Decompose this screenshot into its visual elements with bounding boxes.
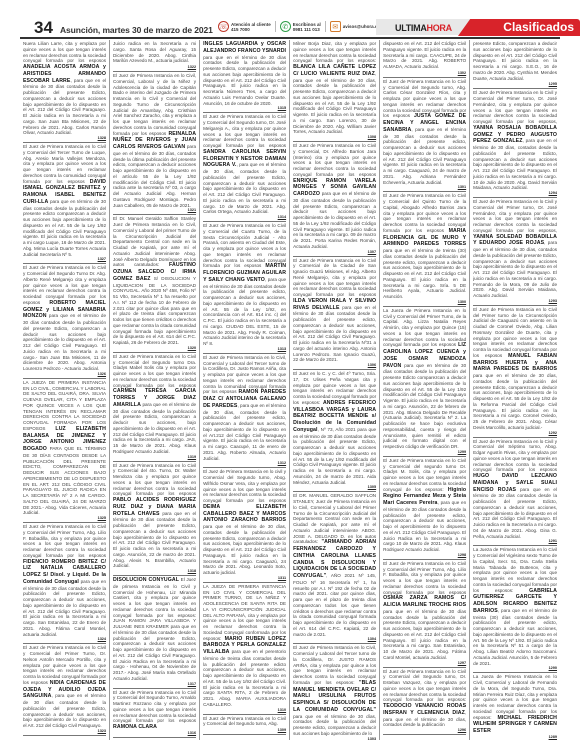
notice-text: El Juez de Primera Instancia en lo Civil… <box>113 690 196 724</box>
notice-text: para que en el término de 30 días contad… <box>113 402 196 454</box>
notice-code: 1291 <box>473 539 557 543</box>
column-6: presente Edicto, comparezcan a deducir s… <box>470 40 560 740</box>
legal-notice: El DR. MANUEL GERALDO SAFFLON STANLEY, J… <box>293 492 376 644</box>
notice-parties: BLANCA LILA CAÑETE LOPEZ C/ LUCIO VALIEN… <box>293 64 376 77</box>
notice-parties: OSMAR ZARZA RAMOS C/ ALICIA MARLINE TROC… <box>383 595 466 608</box>
notice-code: 1299 <box>383 450 466 454</box>
notice-code: 1315 <box>203 106 286 110</box>
customer-service-contact: ☏ Atención al cliente415 7000 <box>218 21 276 32</box>
legal-notice: Nuera Lilian Larre, cita y emplaza por q… <box>23 40 106 143</box>
notice-text: El Juez de Primera Instancia en lo Civil… <box>473 199 557 233</box>
notice-text: El Juez de Primera Instancia en lo Civil… <box>293 258 376 298</box>
notice-code: 1314 <box>203 215 286 219</box>
legal-notice: El Juez de Primera Instancia en lo Civil… <box>383 78 466 193</box>
notice-code: 1311 <box>203 576 286 580</box>
notice-text: El Juez de Primera Instancia en lo civil… <box>203 469 286 503</box>
notice-code: 1322 <box>113 65 196 69</box>
contact-value: 415 7000 <box>231 27 250 32</box>
notice-text: El Juez de Primera Instancia en lo Civil… <box>293 143 376 177</box>
notice-code: 1318 <box>113 569 196 573</box>
notice-code: 1326 <box>23 372 106 376</box>
legal-notice: El Juez de Primera Instancia en lo Civil… <box>383 668 466 736</box>
whatsapp-contact: ✆ Escríbinos al0981 111 013 <box>280 21 326 32</box>
notice-code: 1307 <box>293 250 376 254</box>
notice-text: para que en el término de 30 días, conta… <box>293 714 376 736</box>
notice-text: El Juez de Primera Instancia en lo Civil… <box>203 716 286 727</box>
notice-text: , para que en el término de 30 días, con… <box>473 240 557 298</box>
legal-notice: El Juez de Primera Instancia en lo Civil… <box>113 689 196 738</box>
legal-notice: El Juez de Primera Instancia en lo Civil… <box>113 462 196 577</box>
notice-text: para que en el término de 30 días contad… <box>473 487 557 539</box>
notice-code: 1303 <box>293 737 376 741</box>
legal-notice: El Juez de Primera Instancia en lo Civil… <box>203 222 286 354</box>
notice-text: El Juez de Primera Instancia en lo Civil… <box>473 439 557 473</box>
legal-notice: El Juez en lo C. y C. del 4º Turno, Sria… <box>293 370 376 492</box>
notice-text: para que en el término de 30 días contad… <box>113 511 196 569</box>
brand-logo: ULTIMAHORA <box>395 23 452 33</box>
legal-notice: El Juez de Primera Instancia en lo Civil… <box>473 198 557 306</box>
notice-code: 1313 <box>203 347 286 351</box>
contact-strip: ☏ Atención al cliente415 7000 ✆ Escríbin… <box>218 21 396 32</box>
notice-code: 1309 <box>203 728 286 732</box>
notice-code: 1296 <box>383 728 466 732</box>
notice-text: para que en el perentorio término de tre… <box>203 649 286 707</box>
legal-notice: La Jueza de Primera Instancia en lo Civi… <box>473 673 557 740</box>
notice-text: para que en el término de 30 días contad… <box>23 579 106 637</box>
notice-text: S/ DISOLUCION Y LIQUIDACION DE LA SOCIED… <box>113 276 196 345</box>
notice-text: , para que en el término de 30 días cont… <box>23 78 106 136</box>
notice-text: para que en término de 30 días contados … <box>23 199 106 257</box>
legal-notice: El Juez de Primera Instancia en lo Civil… <box>293 142 376 257</box>
legal-notice: El Juez de Primera Instancia en lo Civil… <box>203 354 286 469</box>
section-title: Clasificados <box>458 19 580 36</box>
legal-notice: Juicio radica en la Secretaría a mi carg… <box>113 40 196 72</box>
notice-text: Milner Borja Diaz, cita y emplaza por qu… <box>293 41 376 63</box>
legal-notice: Milner Borja Diaz, cita y emplaza por qu… <box>293 40 376 142</box>
notice-text: El Juez de Primera Instancia en lo Civil… <box>383 561 466 595</box>
notice-text: Nuera Lilian Larre, cita y emplaza por q… <box>23 41 106 63</box>
notice-text: El Dr. Manuel Geraldo Saffion Stanley Ju… <box>113 216 196 267</box>
notice-text: El Juez de Primera Instancia en lo Civil… <box>113 463 196 497</box>
notice-code: 1316 <box>113 731 196 735</box>
header-rule <box>20 37 560 39</box>
notice-parties: RAMONA CLARA <box>113 724 157 730</box>
legal-notice: El Juez de Primera Instancia en lo Civil… <box>383 560 466 668</box>
notice-text: para que en el término de 30 días contad… <box>293 191 376 249</box>
notice-code: 1290 <box>473 666 557 670</box>
notice-text: LA JUEZA DE PRIMERA INSTANCIA EN LO CIVI… <box>23 380 106 431</box>
notice-code: 1312 <box>203 461 286 465</box>
notice-text: , para que en el término de 30 días, con… <box>203 162 286 214</box>
notice-code: 1294 <box>473 191 557 195</box>
notice-parties: DEIMA ELIZABETH CABALLERO BAEZ Y MARCOS … <box>203 504 286 524</box>
notice-code: 1321 <box>113 208 196 212</box>
notice-parties: INGLES LAGUARDIA y OSCAR ALEJANDRO FRANC… <box>203 41 286 54</box>
notice-code: 1324 <box>23 637 106 641</box>
notice-text: PARA QUE EL TÉRMINO DE 30 DÍAS CONTADOS … <box>23 446 106 515</box>
legal-notice: El Juez de Primera Instancia en lo Civil… <box>113 353 196 462</box>
divider <box>325 21 326 32</box>
notice-text: El Juez de primera Instancia en lo Civil… <box>113 577 196 681</box>
notice-text: , para que en el término de 30 días cont… <box>383 127 466 185</box>
legal-notice: El Juez de Primera Instancia en lo Civil… <box>23 644 106 736</box>
column-1: Nuera Lilian Larre, cita y emplaza por q… <box>20 40 110 740</box>
notice-text: , para que en el término de 30 días, con… <box>293 71 376 135</box>
notice-text: para que en el término de 30 días contad… <box>23 313 106 371</box>
notice-code: 1297 <box>383 661 466 665</box>
notice-text: El Juez de Primera Instancia en lo Civil… <box>203 223 286 268</box>
notice-text: , para que en el término de 30 días, con… <box>473 138 557 190</box>
legal-notice: INGLES LAGUARDIA y OSCAR ALEJANDRO FRANC… <box>203 40 286 113</box>
legal-notice: El Juez de Primera Instancia en lo Civil… <box>293 257 376 371</box>
notice-text: , AÑO 2021 Nº 145, FOLIO Nº 16 Secretarí… <box>293 573 376 637</box>
notice-text: El Juez de Primera Instancia en lo Civil… <box>203 114 286 148</box>
legal-notice: El Juez de Primera Instancia en lo civil… <box>203 468 286 583</box>
phone-icon: ☏ <box>218 21 229 32</box>
notice-text: para que en el término de 30 días, conta… <box>113 144 196 208</box>
notice-text: La Jueza de Primera Instancia en lo Civi… <box>473 547 557 592</box>
notice-text: El Juez de Primera Instancia en lo Civil… <box>113 73 196 136</box>
legal-notice: El Juez de Primera Instancia en lo Civil… <box>23 143 106 264</box>
legal-notice: El Dr. Manuel Geraldo Saffion Stanley Ju… <box>113 215 196 353</box>
notice-text: para que en el término de 30 días contad… <box>293 305 376 363</box>
legal-notice: El Juez de Primera Instancia en lo Civil… <box>293 644 376 740</box>
whatsapp-icon: ✆ <box>280 21 291 32</box>
notice-text: , Nº 73, Año 2021 para que en el término… <box>293 427 376 485</box>
notice-text: El Juez de Primera Instancia en lo Civil… <box>113 354 196 388</box>
mail-icon: ✉ <box>330 21 341 32</box>
notice-text: , para que en el término de 30 días cont… <box>383 500 466 552</box>
notice-code: 1328 <box>23 136 106 140</box>
notice-text: para que en término de 30 días contados … <box>383 363 466 450</box>
column-5: dispuesto en el Art. 212 del Código Civi… <box>380 40 470 740</box>
notice-text: para que en el término de 30 días, conta… <box>473 373 557 430</box>
notice-code: 1310 <box>203 708 286 712</box>
legal-notice: El Juez de Primera Instancia en lo Civil… <box>23 523 106 644</box>
notice-text: El Juez de Primera Instancia en lo Civil… <box>473 90 557 124</box>
notice-code: 1306 <box>293 363 376 367</box>
legal-notice: El Juez de Primera Instancia en lo Civil… <box>113 72 196 215</box>
notice-code: 1320 <box>113 346 196 350</box>
notice-code: 1302 <box>383 71 466 75</box>
legal-notice: presente Edicto, comparezcan a deducir s… <box>473 40 557 89</box>
notice-code: 1325 <box>23 516 106 520</box>
notice-text: La Jueza de Primera Instancia en lo Civi… <box>383 308 466 348</box>
legal-notice: DISOLUCION CONYUGAL El Juez de primera I… <box>113 576 196 689</box>
notice-parties: DISOLUCION CONYUGAL <box>113 577 179 583</box>
notice-text: , para que en el término de treinta (30)… <box>473 608 557 666</box>
legal-notice: El Juez de Primera Instancia en lo Civil… <box>23 264 106 379</box>
legal-notice: LA JUEZA DE PRIMERA INSTANCIA EN LO CIVI… <box>203 583 286 715</box>
notice-text: para que en el término de 30 días contad… <box>383 609 466 660</box>
notice-code: 1305 <box>293 485 376 489</box>
legal-notice: El Juez de Primera Instancia en lo Civil… <box>203 113 286 222</box>
classifieds-columns: Nuera Lilian Larre, cita y emplaza por q… <box>20 40 560 740</box>
notice-code: 1293 <box>473 299 557 303</box>
notice-text: presente Edicto, comparezcan a deducir s… <box>473 41 557 81</box>
notice-text: El Juez de Primera Instancia en lo Civil… <box>23 524 106 558</box>
notice-code: 1323 <box>23 729 106 733</box>
notice-code: 1300 <box>383 300 466 304</box>
divider <box>275 21 276 32</box>
column-3: INGLES LAGUARDIA y OSCAR ALEJANDRO FRANC… <box>200 40 290 740</box>
notice-code: 1292 <box>473 431 557 435</box>
notice-text: El Juez de Primera Instancia en lo Civil… <box>473 307 557 358</box>
notice-text: , para que en el término de 30 días, con… <box>203 403 286 461</box>
notice-text: , para que en el término de 30 días cont… <box>203 277 286 346</box>
legal-notice: El Juez de Primera Instancia en lo Civil… <box>203 715 286 736</box>
notice-text: para que en el término de treinta (30) d… <box>383 248 466 299</box>
legal-notice: El Juez de Primera Instancia en lo Civil… <box>383 457 466 560</box>
legal-notice: La Jueza de Primera Instancia en lo Civi… <box>383 307 466 457</box>
contact-value: 0981 111 013 <box>293 27 320 32</box>
column-4: Milner Borja Diaz, cita y emplaza por qu… <box>290 40 380 740</box>
notice-code: 1295 <box>473 82 557 86</box>
notice-code: 1308 <box>293 135 376 139</box>
notice-code: 1319 <box>113 455 196 459</box>
notice-text: El Juez de Primera Instancia en lo Civil… <box>383 669 466 703</box>
notice-text: dispuesto en el Art. 212 del Código Civi… <box>383 41 466 69</box>
notice-code: 1317 <box>113 682 196 686</box>
notice-code: 1304 <box>293 637 376 641</box>
notice-text: LA JUEZA DE PRIMERA INSTANCIA EN LO CIVI… <box>203 584 286 641</box>
page-number: 34 <box>34 20 53 36</box>
notice-text: para que en el término de 30 días contad… <box>203 55 286 106</box>
publication-date: Asunción, martes 30 de marzo de 2021 <box>60 25 213 35</box>
page-header: 34 Asunción, martes 30 de marzo de 2021 … <box>0 0 580 36</box>
legal-notice: El Juez de Primera Instancia en lo Civil… <box>473 306 557 438</box>
notice-code: 1289 <box>473 735 557 739</box>
legal-notice: dispuesto en el Art. 212 del Código Civi… <box>383 40 466 78</box>
legal-notice: El Juez de Primera Instancia en lo Civil… <box>473 89 557 198</box>
legal-notice: La Jueza de Primera Instancia en lo Civi… <box>473 546 557 673</box>
notice-code: 1301 <box>383 185 466 189</box>
notice-text: para que en el término de 30 días, conta… <box>203 524 286 575</box>
notice-text: Juicio radica en la Secretaría a mi carg… <box>113 41 196 63</box>
notice-parties: TEODOCIO VENANCIO RODAS INSFRAN Y CLEMEN… <box>383 703 466 716</box>
column-2: Juicio radica en la Secretaría a mi carg… <box>110 40 200 740</box>
legal-notice: El Juez de Primera Instancia en lo Civil… <box>473 438 557 547</box>
notice-code: 1298 <box>383 553 466 557</box>
notice-text: El DR. MANUEL GERALDO SAFFLON STANLEY, J… <box>293 493 376 544</box>
legal-notice: LA JUEZA DE PRIMERA INSTANCIA EN LO CIVI… <box>23 379 106 523</box>
legal-notice: El Juez de Primera Instancia en lo Civil… <box>383 192 466 307</box>
notice-code: 1327 <box>23 257 106 261</box>
notice-text: La Jueza de Primera Instancia en lo Civi… <box>473 674 557 719</box>
